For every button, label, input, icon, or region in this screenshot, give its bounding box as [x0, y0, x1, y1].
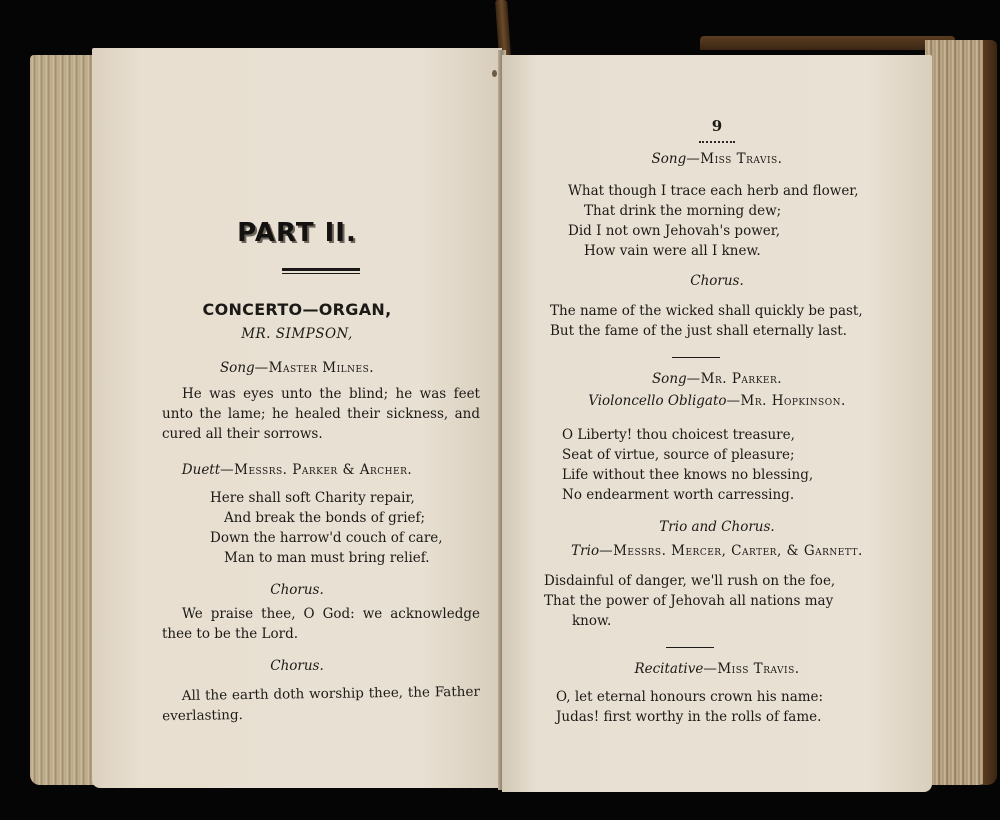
section-heading: Trio and Chorus.: [502, 519, 932, 535]
section-heading: Chorus.: [92, 582, 502, 598]
section-subheading: Violoncello Obligato—Mr. Hopkinson.: [502, 393, 932, 409]
left-page: PART II. CONCERTO—ORGAN, MR. SIMPSON, So…: [92, 48, 502, 788]
section-text: All the earth doth worship thee, the Fat…: [162, 682, 481, 726]
verse-line: And break the bonds of grief;: [224, 508, 425, 528]
verse-line: How vain were all I knew.: [584, 241, 761, 261]
section-heading: Chorus.: [92, 658, 502, 674]
verse-line: O, let eternal honours crown his name:: [556, 687, 823, 707]
verse-line: Seat of virtue, source of pleasure;: [562, 445, 795, 465]
concerto-performer: MR. SIMPSON,: [92, 326, 502, 342]
section-text: He was eyes unto the blind; he was feet …: [162, 384, 480, 444]
rule-divider: [666, 647, 714, 648]
verse-line: Disdainful of danger, we'll rush on the …: [544, 571, 835, 591]
stitch-hole: [492, 70, 497, 77]
verse-line: Down the harrow'd couch of care,: [210, 528, 443, 548]
part-title: PART II.: [92, 218, 502, 248]
verse-line: Life without thee knows no blessing,: [562, 465, 813, 485]
section-heading: Song—Miss Travis.: [502, 151, 932, 167]
page-edges-right: [925, 40, 993, 785]
page-number: 9: [502, 117, 932, 135]
verse-line: But the fame of the just shall eternally…: [550, 321, 847, 341]
verse-line: Here shall soft Charity repair,: [210, 488, 415, 508]
verse-line: Man to man must bring relief.: [224, 548, 430, 568]
rule-divider: [672, 357, 720, 358]
verse-line: That drink the morning dew;: [584, 201, 781, 221]
cover-top-edge: [700, 36, 955, 50]
section-heading: Recitative—Miss Travis.: [502, 661, 932, 677]
section-text: We praise thee, O God: we acknowledge th…: [162, 604, 480, 644]
verse-line: No endearment worth carressing.: [562, 485, 794, 505]
section-subheading: Trio—Messrs. Mercer, Carter, & Garnett.: [502, 543, 932, 559]
verse-line: The name of the wicked shall quickly be …: [550, 301, 863, 321]
double-rule-divider: [282, 268, 360, 274]
concerto-title: CONCERTO—ORGAN,: [92, 300, 502, 319]
section-heading: Song—Mr. Parker.: [502, 371, 932, 387]
verse-line: What though I trace each herb and flower…: [568, 181, 859, 201]
section-heading: Song—Master Milnes.: [92, 360, 502, 376]
page-edges-left: [30, 55, 100, 785]
ornament-divider: [699, 137, 735, 143]
verse-line: Judas! first worthy in the rolls of fame…: [556, 707, 821, 727]
verse-line: Did I not own Jehovah's power,: [568, 221, 780, 241]
section-heading: Chorus.: [502, 273, 932, 289]
verse-line: That the power of Jehovah all nations ma…: [544, 591, 833, 611]
right-page: 9 Song—Miss Travis. What though I trace …: [502, 55, 932, 792]
section-heading: Duett—Messrs. Parker & Archer.: [92, 462, 502, 478]
verse-line: O Liberty! thou choicest treasure,: [562, 425, 795, 445]
verse-line: know.: [572, 611, 611, 631]
